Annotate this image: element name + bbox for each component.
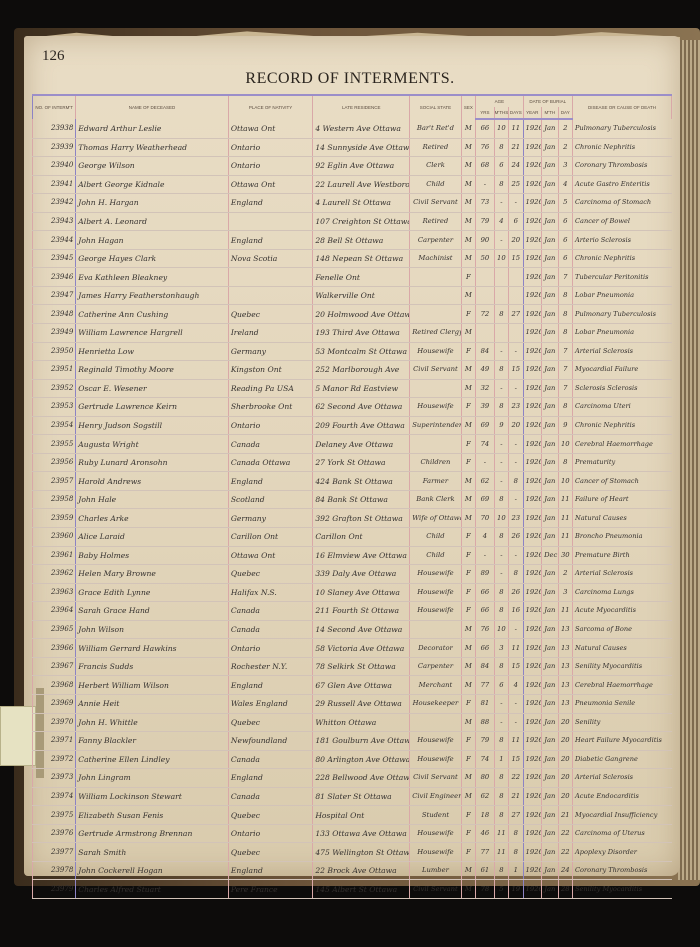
late-residence: Whitton Ottawa <box>313 713 410 732</box>
age-years: 50 <box>476 249 495 268</box>
cause-of-death: Myocardial Failure <box>572 361 671 380</box>
sex: M <box>461 324 475 343</box>
age-months: 8 <box>494 861 508 880</box>
burial-month: Jan <box>542 750 558 769</box>
cause-of-death: Failure of Heart <box>572 490 671 509</box>
burial-month: Jan <box>542 324 558 343</box>
social-state: Carpenter <box>410 231 462 250</box>
burial-year: 1926 <box>523 157 542 176</box>
cause-of-death: Acute Gastro Enteritis <box>572 175 671 194</box>
late-residence: 252 Marlborough Ave <box>313 361 410 380</box>
table-row: 23942John H. HarganEngland4 Laurell St O… <box>33 194 672 213</box>
burial-day: 10 <box>558 435 572 454</box>
deceased-name: Henrietta Low <box>76 342 229 361</box>
cause-of-death: Cerebral Haemorrhage <box>572 676 671 695</box>
social-state: Farmer <box>410 472 462 491</box>
burial-month: Jan <box>542 528 558 547</box>
burial-day: 22 <box>558 824 572 843</box>
cause-of-death: Senility Myocarditis <box>572 657 671 676</box>
table-row: 23944John HaganEngland28 Bell St OttawaC… <box>33 231 672 250</box>
burial-day: 13 <box>558 676 572 695</box>
burial-day: 11 <box>558 602 572 621</box>
social-state: Housewife <box>410 732 462 751</box>
late-residence: 133 Ottawa Ave Ottawa <box>313 824 410 843</box>
deceased-name: George Wilson <box>76 157 229 176</box>
age-days: - <box>509 713 523 732</box>
table-row: 23976Gertrude Armstrong BrennanOntario13… <box>33 824 672 843</box>
burial-month: Jan <box>542 398 558 417</box>
interment-number: 23971 <box>33 732 76 751</box>
sex: F <box>461 435 475 454</box>
social-state: Clerk <box>410 157 462 176</box>
cause-of-death: Acute Myocarditis <box>572 602 671 621</box>
late-residence: 209 Fourth Ave Ottawa <box>313 416 410 435</box>
cause-of-death: Cancer of Bowel <box>572 212 671 231</box>
interment-rows: 23938Edward Arthur LeslieOttawa Ont4 Wes… <box>33 119 672 898</box>
burial-year: 1926 <box>523 490 542 509</box>
age-days <box>509 324 523 343</box>
interment-number: 23952 <box>33 379 76 398</box>
social-state <box>410 713 462 732</box>
social-state <box>410 305 462 324</box>
age-years: 68 <box>476 157 495 176</box>
page-title: RECORD OF INTERMENTS. <box>0 70 700 88</box>
deceased-name: Gertrude Lawrence Keirn <box>76 398 229 417</box>
deceased-name: James Harry Featherstonhaugh <box>76 286 229 305</box>
burial-month: Jan <box>542 416 558 435</box>
deceased-name: Catherine Ellen Lindley <box>76 750 229 769</box>
place-of-nativity: Sherbrooke Ont <box>228 398 313 417</box>
sex: M <box>461 880 475 899</box>
burial-year: 1926 <box>523 657 542 676</box>
deceased-name: John Hagan <box>76 231 229 250</box>
age-days: 15 <box>509 249 523 268</box>
deceased-name: John Hale <box>76 490 229 509</box>
place-of-nativity <box>228 286 313 305</box>
interment-number: 23975 <box>33 806 76 825</box>
age-years: - <box>476 453 495 472</box>
burial-year: 1926 <box>523 212 542 231</box>
age-years: 62 <box>476 787 495 806</box>
burial-month: Jan <box>542 694 558 713</box>
burial-month: Dec <box>542 546 558 565</box>
cause-of-death: Arterio Sclerosis <box>572 231 671 250</box>
late-residence: 14 Sunnyside Ave Ottawa <box>313 138 410 157</box>
burial-year: 1926 <box>523 602 542 621</box>
interment-number: 23948 <box>33 305 76 324</box>
table-row: 23958John HaleScotland84 Bank St OttawaB… <box>33 490 672 509</box>
burial-month: Jan <box>542 231 558 250</box>
age-days: 4 <box>509 676 523 695</box>
burial-year: 1926 <box>523 305 542 324</box>
age-months: 8 <box>494 583 508 602</box>
place-of-nativity: England <box>228 676 313 695</box>
burial-month: Jan <box>542 138 558 157</box>
late-residence: 22 Brock Ave Ottawa <box>313 861 410 880</box>
burial-year: 1926 <box>523 231 542 250</box>
place-of-nativity: Ontario <box>228 416 313 435</box>
age-days: 8 <box>509 472 523 491</box>
age-months: - <box>494 379 508 398</box>
place-of-nativity: England <box>228 861 313 880</box>
burial-month: Jan <box>542 880 558 899</box>
burial-day: 22 <box>558 843 572 862</box>
age-years <box>476 268 495 287</box>
age-years: 66 <box>476 602 495 621</box>
burial-year: 1926 <box>523 194 542 213</box>
sticky-tab <box>0 706 36 766</box>
place-of-nativity: Quebec <box>228 565 313 584</box>
social-state: Machinist <box>410 249 462 268</box>
place-of-nativity: Canada <box>228 787 313 806</box>
sex: F <box>461 824 475 843</box>
burial-day: 13 <box>558 620 572 639</box>
burial-month: Jan <box>542 194 558 213</box>
burial-day: 2 <box>558 138 572 157</box>
late-residence: Delaney Ave Ottawa <box>313 435 410 454</box>
header-burial-month: M'th <box>542 107 558 119</box>
burial-month: Jan <box>542 490 558 509</box>
table-row: 23965John WilsonCanada14 Second Ave Otta… <box>33 620 672 639</box>
burial-year: 1926 <box>523 342 542 361</box>
late-residence: Carillon Ont <box>313 528 410 547</box>
table-row: 23939Thomas Harry WeatherheadOntario14 S… <box>33 138 672 157</box>
burial-day: 2 <box>558 565 572 584</box>
place-of-nativity: England <box>228 472 313 491</box>
place-of-nativity: Quebec <box>228 713 313 732</box>
burial-day: 2 <box>558 119 572 138</box>
header-burial-day: Day <box>558 107 572 119</box>
place-of-nativity: Canada <box>228 602 313 621</box>
late-residence: 67 Glen Ave Ottawa <box>313 676 410 695</box>
age-years: 79 <box>476 212 495 231</box>
sex: M <box>461 657 475 676</box>
late-residence: 22 Laurell Ave Westboro <box>313 175 410 194</box>
deceased-name: John H. Whittle <box>76 713 229 732</box>
place-of-nativity: England <box>228 769 313 788</box>
cause-of-death: Tubercular Peritonitis <box>572 268 671 287</box>
sex: F <box>461 694 475 713</box>
table-row: 23945George Hayes ClarkNova Scotia148 Ne… <box>33 249 672 268</box>
age-months: 8 <box>494 602 508 621</box>
age-months: 10 <box>494 249 508 268</box>
burial-year: 1926 <box>523 806 542 825</box>
table-row: 23970John H. WhittleQuebecWhitton Ottawa… <box>33 713 672 732</box>
burial-day: 11 <box>558 528 572 547</box>
age-years: 76 <box>476 138 495 157</box>
age-years: 74 <box>476 750 495 769</box>
burial-day: 20 <box>558 769 572 788</box>
age-days: 11 <box>509 119 523 138</box>
social-state: Children <box>410 453 462 472</box>
burial-year: 1926 <box>523 843 542 862</box>
burial-month: Jan <box>542 342 558 361</box>
age-months: 8 <box>494 657 508 676</box>
late-residence: 20 Holmwood Ave Ottawa <box>313 305 410 324</box>
age-years: 84 <box>476 342 495 361</box>
header-cause-of-death: Disease or Cause of Death <box>572 95 671 119</box>
cause-of-death: Senility <box>572 713 671 732</box>
age-days <box>509 286 523 305</box>
burial-month: Jan <box>542 565 558 584</box>
age-months: - <box>494 713 508 732</box>
late-residence: Fenelle Ont <box>313 268 410 287</box>
age-months <box>494 324 508 343</box>
deceased-name: Herbert William Wilson <box>76 676 229 695</box>
age-months: 1 <box>494 750 508 769</box>
header-age-years: Yrs <box>476 107 495 119</box>
burial-day: 3 <box>558 583 572 602</box>
deceased-name: Harold Andrews <box>76 472 229 491</box>
age-years <box>476 286 495 305</box>
deceased-name: Sarah Smith <box>76 843 229 862</box>
sex: F <box>461 602 475 621</box>
social-state: Retired <box>410 212 462 231</box>
burial-day: 5 <box>558 194 572 213</box>
table-row: 23948Catherine Ann CushingQuebec20 Holmw… <box>33 305 672 324</box>
table-row: 23979Charles Alfred StuartPere France145… <box>33 880 672 899</box>
age-years: 77 <box>476 676 495 695</box>
sex: M <box>461 676 475 695</box>
deceased-name: Annie Heit <box>76 694 229 713</box>
sex: M <box>461 620 475 639</box>
header-number: No. of Interm't <box>33 95 76 119</box>
burial-day: 6 <box>558 249 572 268</box>
interment-number: 23939 <box>33 138 76 157</box>
place-of-nativity: Ontario <box>228 157 313 176</box>
burial-year: 1926 <box>523 416 542 435</box>
burial-year: 1926 <box>523 713 542 732</box>
place-of-nativity: Rochester N.Y. <box>228 657 313 676</box>
burial-month: Jan <box>542 305 558 324</box>
age-years <box>476 324 495 343</box>
sex: M <box>461 231 475 250</box>
burial-year: 1926 <box>523 676 542 695</box>
interment-number: 23963 <box>33 583 76 602</box>
age-months: 8 <box>494 528 508 547</box>
age-years: 90 <box>476 231 495 250</box>
burial-day: 13 <box>558 657 572 676</box>
sex: M <box>461 472 475 491</box>
age-days: 21 <box>509 138 523 157</box>
age-days: 6 <box>509 212 523 231</box>
sex: F <box>461 732 475 751</box>
deceased-name: Thomas Harry Weatherhead <box>76 138 229 157</box>
burial-day: 7 <box>558 268 572 287</box>
cause-of-death: Natural Causes <box>572 509 671 528</box>
interment-number: 23957 <box>33 472 76 491</box>
header-name: Name of Deceased <box>76 95 229 119</box>
late-residence: 475 Wellington St Ottawa <box>313 843 410 862</box>
sex: F <box>461 528 475 547</box>
table-row: 23975Elizabeth Susan FenisQuebecHospital… <box>33 806 672 825</box>
header-date-of-burial: Date of Burial <box>523 95 572 107</box>
table-row: 23964Sarah Grace HandCanada211 Fourth St… <box>33 602 672 621</box>
age-months: 8 <box>494 732 508 751</box>
age-days: 27 <box>509 806 523 825</box>
burial-day: 28 <box>558 880 572 899</box>
table-row: 23941Albert George KidnaleOttawa Ont22 L… <box>33 175 672 194</box>
social-state: Superintendent <box>410 416 462 435</box>
cause-of-death: Pulmonary Tuberculosis <box>572 119 671 138</box>
age-days: 8 <box>509 824 523 843</box>
age-months: 8 <box>494 175 508 194</box>
social-state: Bar't Ret'd <box>410 119 462 138</box>
social-state <box>410 435 462 454</box>
burial-day: 20 <box>558 732 572 751</box>
cause-of-death: Pneumonia Senile <box>572 694 671 713</box>
social-state: Lumber <box>410 861 462 880</box>
cause-of-death: Myocardial Insufficiency <box>572 806 671 825</box>
burial-month: Jan <box>542 212 558 231</box>
interment-number: 23966 <box>33 639 76 658</box>
table-row: 23969Annie HeitWales England29 Russell A… <box>33 694 672 713</box>
age-months: 8 <box>494 490 508 509</box>
age-days <box>509 268 523 287</box>
late-residence: 16 Elmview Ave Ottawa <box>313 546 410 565</box>
burial-month: Jan <box>542 732 558 751</box>
interment-number: 23969 <box>33 694 76 713</box>
place-of-nativity: Ottawa Ont <box>228 175 313 194</box>
deceased-name: Augusta Wright <box>76 435 229 454</box>
burial-year: 1926 <box>523 787 542 806</box>
place-of-nativity: Halifax N.S. <box>228 583 313 602</box>
age-days: - <box>509 435 523 454</box>
place-of-nativity: Ontario <box>228 138 313 157</box>
interment-number: 23953 <box>33 398 76 417</box>
age-days: - <box>509 194 523 213</box>
burial-month: Jan <box>542 824 558 843</box>
late-residence: 4 Laurell St Ottawa <box>313 194 410 213</box>
late-residence: 228 Bellwood Ave Ottawa <box>313 769 410 788</box>
deceased-name: William Lawrence Hargrell <box>76 324 229 343</box>
burial-month: Jan <box>542 268 558 287</box>
age-days: 8 <box>509 843 523 862</box>
age-years: 80 <box>476 769 495 788</box>
place-of-nativity: Scotland <box>228 490 313 509</box>
age-months: - <box>494 565 508 584</box>
interment-table: No. of Interm't Name of Deceased Place o… <box>32 94 672 899</box>
interment-number: 23976 <box>33 824 76 843</box>
sex: F <box>461 583 475 602</box>
age-months: 8 <box>494 361 508 380</box>
age-years: 89 <box>476 565 495 584</box>
burial-day: 21 <box>558 806 572 825</box>
place-of-nativity: Nova Scotia <box>228 249 313 268</box>
place-of-nativity: Ottawa Ont <box>228 546 313 565</box>
burial-day: 6 <box>558 231 572 250</box>
burial-day: 11 <box>558 490 572 509</box>
place-of-nativity: Pere France <box>228 880 313 899</box>
social-state <box>410 268 462 287</box>
age-days: 21 <box>509 787 523 806</box>
burial-year: 1926 <box>523 249 542 268</box>
age-months: 8 <box>494 398 508 417</box>
burial-day: 24 <box>558 861 572 880</box>
burial-day: 7 <box>558 379 572 398</box>
age-months <box>494 286 508 305</box>
age-days: 24 <box>509 157 523 176</box>
social-state: Housewife <box>410 398 462 417</box>
age-days: 15 <box>509 361 523 380</box>
deceased-name: Baby Holmes <box>76 546 229 565</box>
burial-month: Jan <box>542 806 558 825</box>
late-residence: 58 Victoria Ave Ottawa <box>313 639 410 658</box>
sex: M <box>461 175 475 194</box>
social-state: Housewife <box>410 602 462 621</box>
age-years: 78 <box>476 880 495 899</box>
social-state: Child <box>410 528 462 547</box>
burial-month: Jan <box>542 861 558 880</box>
burial-year: 1926 <box>523 639 542 658</box>
age-days: 23 <box>509 398 523 417</box>
burial-month: Jan <box>542 676 558 695</box>
cause-of-death: Chronic Nephritis <box>572 416 671 435</box>
late-residence: Hospital Ont <box>313 806 410 825</box>
place-of-nativity: Canada <box>228 750 313 769</box>
social-state <box>410 620 462 639</box>
header-age-days: Days <box>509 107 523 119</box>
age-months: - <box>494 546 508 565</box>
table-row: 23971Fanny BlacklerNewfoundland181 Goulb… <box>33 732 672 751</box>
late-residence: 145 Albert St Ottawa <box>313 880 410 899</box>
cause-of-death: Diabetic Gangrene <box>572 750 671 769</box>
late-residence: 80 Arlington Ave Ottawa <box>313 750 410 769</box>
age-days: - <box>509 342 523 361</box>
cause-of-death: Arterial Sclerosis <box>572 769 671 788</box>
late-residence: 29 Russell Ave Ottawa <box>313 694 410 713</box>
age-years: 66 <box>476 583 495 602</box>
burial-year: 1926 <box>523 509 542 528</box>
burial-month: Jan <box>542 175 558 194</box>
burial-day: 11 <box>558 509 572 528</box>
deceased-name: Francis Sudds <box>76 657 229 676</box>
late-residence: 193 Third Ave Ottawa <box>313 324 410 343</box>
deceased-name: George Hayes Clark <box>76 249 229 268</box>
social-state: Carpenter <box>410 657 462 676</box>
table-row: 23962Helen Mary BrowneQuebec339 Daly Ave… <box>33 565 672 584</box>
age-years: 72 <box>476 305 495 324</box>
interment-number: 23959 <box>33 509 76 528</box>
sex: M <box>461 212 475 231</box>
interment-number: 23961 <box>33 546 76 565</box>
age-days: 15 <box>509 750 523 769</box>
sex: F <box>461 342 475 361</box>
interment-number: 23962 <box>33 565 76 584</box>
cause-of-death: Carcinoma Uteri <box>572 398 671 417</box>
interment-number: 23949 <box>33 324 76 343</box>
deceased-name: Grace Edith Lynne <box>76 583 229 602</box>
burial-year: 1926 <box>523 694 542 713</box>
age-years: 73 <box>476 194 495 213</box>
age-months: 6 <box>494 676 508 695</box>
header-age-months: M'ths <box>494 107 508 119</box>
burial-day: 8 <box>558 324 572 343</box>
burial-month: Jan <box>542 843 558 862</box>
age-days: - <box>509 546 523 565</box>
burial-year: 1926 <box>523 583 542 602</box>
burial-day: 20 <box>558 713 572 732</box>
sex: F <box>461 305 475 324</box>
age-months: - <box>494 453 508 472</box>
social-state: Civil Engineer <box>410 787 462 806</box>
sex: M <box>461 861 475 880</box>
sex: M <box>461 490 475 509</box>
late-residence: 10 Slaney Ave Ottawa <box>313 583 410 602</box>
social-state: Housekeeper <box>410 694 462 713</box>
deceased-name: Charles Arke <box>76 509 229 528</box>
burial-day: 3 <box>558 157 572 176</box>
